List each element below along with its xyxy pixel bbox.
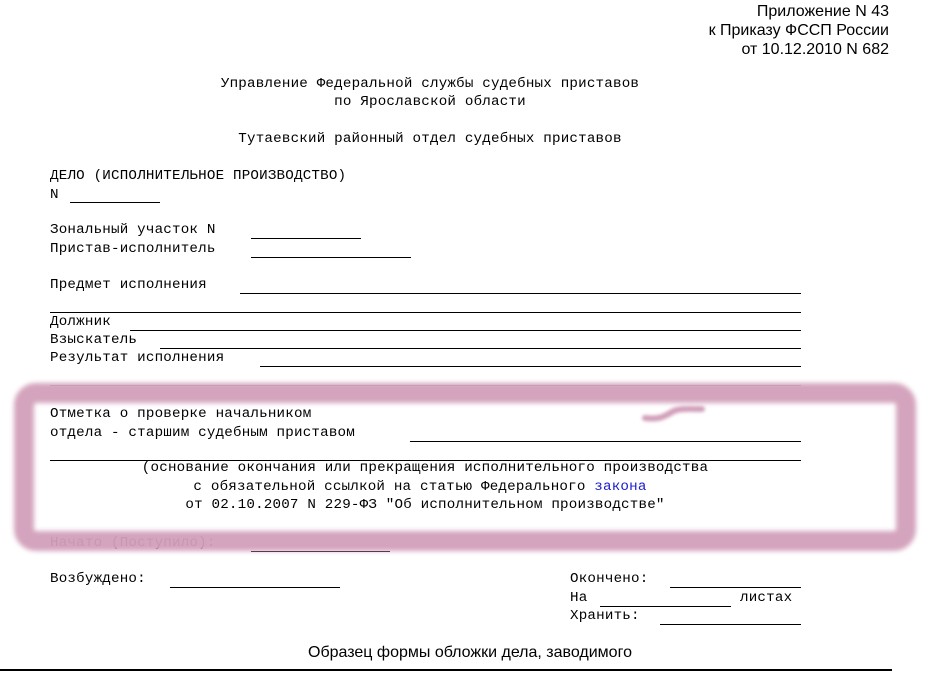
check-mark-label-line2: отдела - старшим судебным приставом [50, 425, 355, 441]
sheets-prefix: На [570, 590, 587, 606]
appendix-reference: Приложение N 43 к Приказу ФССП России от… [709, 2, 889, 59]
started-field[interactable] [251, 551, 390, 552]
zone-label: Зональный участок N [50, 222, 216, 238]
appendix-order: к Приказу ФССП России [709, 21, 889, 40]
bailiff-label: Пристав-исполнитель [50, 241, 216, 257]
result-field[interactable] [260, 366, 801, 367]
basis-note-line3: от 02.10.2007 N 229-ФЗ "Об исполнительно… [0, 497, 850, 513]
bailiff-field[interactable] [251, 257, 411, 258]
check-mark-label-line1: Отметка о проверке начальником [50, 406, 311, 422]
sheets-suffix: листах [740, 590, 792, 606]
claimant-field[interactable] [160, 348, 801, 349]
debtor-label: Должник [50, 314, 111, 330]
check-mark-field[interactable] [410, 441, 801, 442]
keep-field[interactable] [660, 624, 801, 625]
footer-caption: Образец формы обложки дела, заводимого [0, 644, 933, 662]
subject-field-continued[interactable] [50, 312, 801, 313]
basis-note-line2-text: с обязательной ссылкой на статью Федерал… [193, 479, 585, 495]
appendix-number: Приложение N 43 [709, 2, 889, 21]
appendix-date: от 10.12.2010 N 682 [709, 40, 889, 59]
result-label: Результат исполнения [50, 350, 224, 366]
finished-label: Окончено: [570, 571, 648, 587]
org-name-line1: Управление Федеральной службы судебных п… [0, 76, 860, 92]
law-link[interactable]: закона [594, 479, 646, 495]
subject-label: Предмет исполнения [50, 277, 207, 293]
case-number-field[interactable] [70, 202, 160, 203]
marker-squiggle [640, 404, 710, 424]
basis-note-line2: с обязательной ссылкой на статью Федерал… [0, 479, 840, 495]
zone-number-field[interactable] [251, 238, 361, 239]
footer-rule [0, 669, 892, 671]
org-name-line2: по Ярославской области [0, 94, 860, 110]
started-label: Начато (Поступило): [50, 535, 216, 551]
sheets-field[interactable] [600, 606, 731, 607]
case-number-label: N [50, 187, 59, 203]
claimant-label: Взыскатель [50, 332, 137, 348]
initiated-field[interactable] [170, 587, 340, 588]
department-name: Тутаевский районный отдел судебных прист… [0, 131, 860, 147]
result-field-continued[interactable] [50, 385, 801, 386]
initiated-label: Возбуждено: [50, 571, 146, 587]
basis-note-line1: (основание окончания или прекращения исп… [0, 460, 850, 476]
keep-label: Хранить: [570, 608, 640, 624]
debtor-field[interactable] [130, 330, 801, 331]
finished-field[interactable] [670, 587, 801, 588]
subject-field[interactable] [240, 293, 801, 294]
case-title: ДЕЛО (ИСПОЛНИТЕЛЬНОЕ ПРОИЗВОДСТВО) [50, 168, 346, 184]
